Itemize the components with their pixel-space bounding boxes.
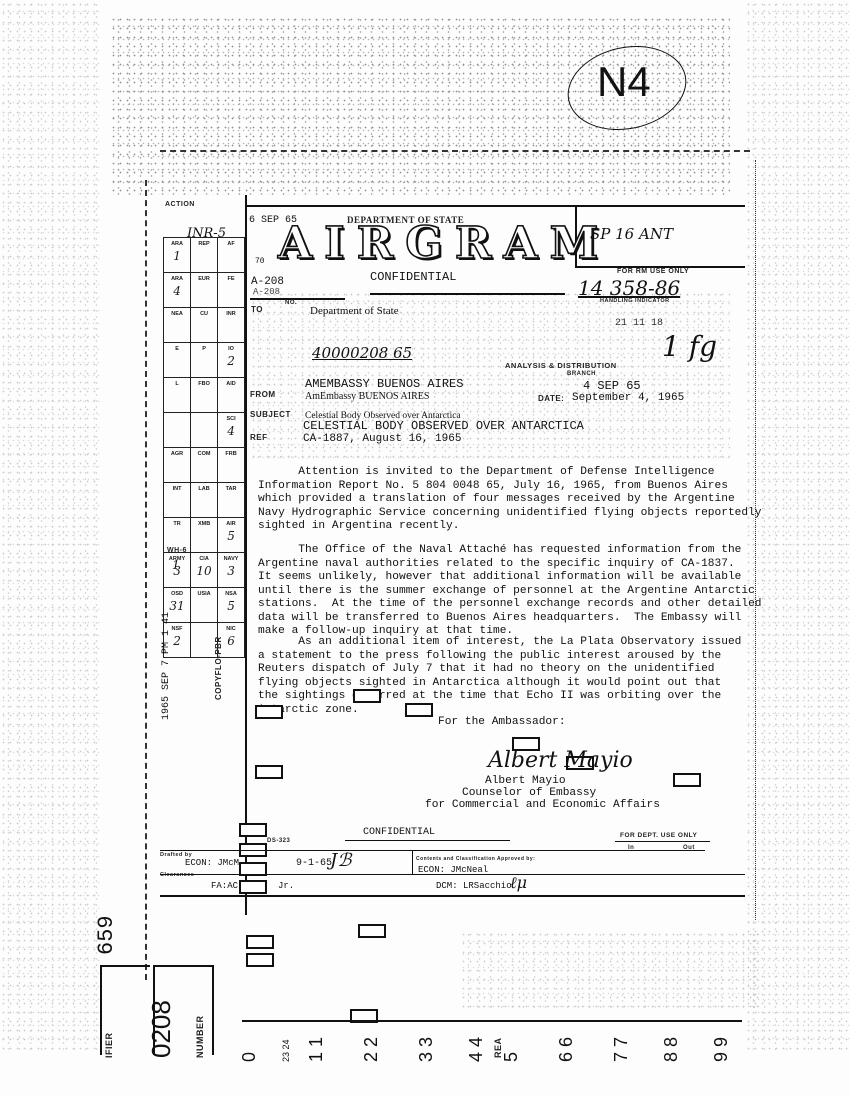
for-dept-use-label: FOR DEPT. USE ONLY	[620, 832, 697, 839]
strip-line	[100, 965, 150, 967]
action-cell-label: FBO	[191, 381, 217, 387]
subject-label: SUBJECT	[250, 410, 291, 419]
ref-value: CA-1887, August 16, 1965	[303, 433, 461, 447]
classification-underline	[370, 293, 565, 295]
left-rule	[145, 180, 147, 980]
action-title: ACTION	[165, 201, 195, 208]
analysis-sub: BRANCH	[567, 371, 596, 377]
action-cell: ARA1	[164, 238, 191, 273]
scale-digit: 6 6	[560, 1037, 574, 1062]
action-grid: ARA1REPAFARA4EURFENEACUINREPIO2LFBOAIDSC…	[163, 237, 245, 658]
scale-digit: 8 8	[665, 1037, 679, 1062]
action-cell: USIA	[191, 588, 218, 623]
to-label: TO	[251, 305, 263, 314]
action-cell-label: ARA	[164, 241, 190, 247]
action-cell-label: AID	[218, 381, 244, 387]
action-cell-label: EUR	[191, 276, 217, 282]
from-label: FROM	[250, 390, 276, 399]
signer-title-2: for Commercial and Economic Affairs	[425, 799, 660, 813]
action-cell-label: IO	[218, 346, 244, 352]
handwritten-initials: 1 fg	[662, 330, 717, 363]
action-footer-value: 1	[172, 558, 180, 572]
redaction-box	[246, 935, 274, 949]
from-value: AmEmbassy BUENOS AIRES	[305, 390, 429, 404]
action-cell: COM	[191, 448, 218, 483]
area-label: REA	[493, 1037, 503, 1058]
action-cell-value: 5	[218, 529, 244, 543]
closing-line: For the Ambassador:	[438, 716, 566, 730]
handwritten-code: SP 16 ANT	[590, 225, 673, 243]
action-cell: XMB	[191, 518, 218, 553]
action-cell: NEA	[164, 308, 191, 343]
drafted-by-value: ECON: JMcM	[185, 857, 239, 871]
drafted-date: 9-1-65	[296, 857, 332, 871]
clearance-suffix: Jr.	[278, 880, 294, 894]
redaction-box	[246, 953, 274, 967]
action-cell-label: TAR	[218, 486, 244, 492]
redaction-box	[673, 773, 701, 787]
action-cell-label: AIR	[218, 521, 244, 527]
scale-digit: 7 7	[615, 1037, 629, 1062]
action-cell-label: AF	[218, 241, 244, 247]
action-cell-value: 31	[164, 599, 190, 613]
number-underline	[250, 298, 345, 300]
to-stamp: 21 11 18	[615, 317, 663, 331]
action-cell-value: 3	[218, 564, 244, 578]
action-cell: AF	[218, 238, 245, 273]
dept-use-underline	[615, 841, 710, 842]
action-cell: L	[164, 378, 191, 413]
action-cell-label: INR	[218, 311, 244, 317]
action-cell: CIA10	[191, 553, 218, 588]
body-paragraph-2: The Office of the Naval Attaché has requ…	[258, 544, 708, 639]
action-cell-value: 2	[218, 354, 244, 368]
scale-digit: 23 24	[280, 1039, 294, 1062]
clearance-value: FA:AC	[211, 880, 238, 894]
dcm-initials: ℓμ	[510, 873, 527, 893]
file-number: 40000208 65	[312, 344, 412, 362]
redaction-box	[358, 924, 386, 938]
footer-divider	[412, 850, 413, 874]
scan-noise-bottom	[460, 930, 760, 1010]
side-digits: 659	[100, 915, 114, 955]
action-cell-value: 4	[164, 284, 190, 298]
drafter-signature: Jℬ	[330, 850, 351, 871]
scale-digit: 1 1	[310, 1037, 324, 1062]
scan-noise-right	[745, 0, 850, 1050]
redaction-box	[239, 880, 267, 894]
action-footer: WH-6	[167, 547, 187, 554]
handling-label: HANDLING INDICATOR	[600, 298, 670, 304]
circled-mark: N4	[597, 58, 651, 106]
redaction-box	[353, 689, 381, 703]
redaction-box	[255, 705, 283, 719]
for-use-only-label: FOR RM USE ONLY	[617, 268, 689, 275]
action-cell: AID	[218, 378, 245, 413]
action-cell: INT	[164, 483, 191, 518]
scale-digit: 3 3	[420, 1037, 434, 1062]
scale-digit: 2 2	[365, 1037, 379, 1062]
subject-caps: CELESTIAL BODY OBSERVED OVER ANTARCTICA	[303, 420, 584, 434]
form-number: DS-323	[267, 838, 290, 844]
action-cell	[191, 413, 218, 448]
action-cell: IO2	[218, 343, 245, 378]
action-cell: EUR	[191, 273, 218, 308]
scale-digit: 5	[505, 1052, 519, 1062]
action-cell: SCI4	[218, 413, 245, 448]
action-cell-label: FE	[218, 276, 244, 282]
action-cell-label: TR	[164, 521, 190, 527]
scale-digit: 9 9	[715, 1037, 729, 1062]
action-cell: FE	[218, 273, 245, 308]
scan-noise-left	[0, 0, 100, 1050]
action-cell-label: NAVY	[218, 556, 244, 562]
action-cell-label: E	[164, 346, 190, 352]
form-left-line	[245, 195, 247, 915]
classification-top: CONFIDENTIAL	[370, 271, 456, 285]
footer-line-3	[160, 895, 745, 897]
action-cell-value: 1	[164, 249, 190, 263]
action-cell: ARA4	[164, 273, 191, 308]
redaction-box	[405, 703, 433, 717]
ref-label: REF	[250, 433, 268, 442]
strip-line	[100, 965, 102, 1055]
copyflo-stamp: COPYFLO-PBR	[214, 636, 223, 700]
action-cell: REP	[191, 238, 218, 273]
action-cell: LAB	[191, 483, 218, 518]
action-cell-label: NEA	[164, 311, 190, 317]
action-cell-label: AGR	[164, 451, 190, 457]
scale-digit: 4 4	[470, 1037, 484, 1062]
no-label: NO.	[285, 300, 297, 306]
action-cell-label: ARA	[164, 276, 190, 282]
action-cell	[164, 413, 191, 448]
action-cell: AIR5	[218, 518, 245, 553]
strip-line	[212, 965, 214, 1055]
footer-line-2	[160, 874, 745, 875]
action-cell: NAVY3	[218, 553, 245, 588]
action-cell-value: 4	[218, 424, 244, 438]
approved-value: ECON: JMcNeal	[418, 864, 488, 878]
approved-label: Contents and Classification Approved by:	[416, 856, 535, 862]
action-cell: FRB	[218, 448, 245, 483]
to-value: Department of State	[310, 305, 399, 319]
action-cell-label: NSA	[218, 591, 244, 597]
action-cell-label: L	[164, 381, 190, 387]
action-cell-label: INT	[164, 486, 190, 492]
action-cell-label: SCI	[218, 416, 244, 422]
handling-number: 14 358-86	[578, 276, 680, 300]
action-cell-label: REP	[191, 241, 217, 247]
action-cell-label: COM	[191, 451, 217, 457]
action-cell: E	[164, 343, 191, 378]
bottom-number: 0208	[155, 1000, 169, 1058]
stamp-small: 70	[255, 255, 265, 269]
redaction-box	[239, 823, 267, 837]
action-cell: P	[191, 343, 218, 378]
scale-digit: 0	[243, 1052, 257, 1062]
form-top-line	[245, 205, 745, 207]
body-paragraph-1: Attention is invited to the Department o…	[258, 466, 708, 534]
date-label: DATE:	[538, 394, 564, 403]
action-cell: INR	[218, 308, 245, 343]
airgram-title: AIRGRAM	[278, 218, 610, 269]
right-rule	[755, 160, 756, 920]
action-cell: TAR	[218, 483, 245, 518]
action-cell: AGR	[164, 448, 191, 483]
number-label: NUMBER	[195, 1016, 205, 1059]
action-cell: NSA5	[218, 588, 245, 623]
action-cell-label: XMB	[191, 521, 217, 527]
analysis-label: ANALYSIS & DISTRIBUTION	[505, 361, 617, 370]
time-stamp: 1965 SEP 7 PM 1 41	[160, 612, 174, 720]
action-cell-label: FRB	[218, 451, 244, 457]
action-cell-value: 5	[218, 599, 244, 613]
action-cell-label: LAB	[191, 486, 217, 492]
action-cell-label: CU	[191, 311, 217, 317]
date-value: September 4, 1965	[572, 392, 684, 406]
top-rule	[160, 150, 750, 152]
action-cell-label: OSD	[164, 591, 190, 597]
signature-handwritten: Albert Mayio	[488, 748, 633, 773]
action-cell: FBO	[191, 378, 218, 413]
dcm-value: DCM: LRSacchio	[436, 880, 512, 894]
classification-bottom-underline	[345, 840, 510, 841]
action-cell-value: 10	[191, 564, 217, 578]
action-cell-label: CIA	[191, 556, 217, 562]
action-cell: CU	[191, 308, 218, 343]
action-cell-label: P	[191, 346, 217, 352]
strip-line	[153, 965, 213, 967]
classification-bottom: CONFIDENTIAL	[363, 826, 435, 840]
footer-line-1	[160, 850, 705, 851]
scale-line	[242, 1020, 742, 1022]
body-paragraph-3: As an additional item of interest, the L…	[258, 636, 708, 717]
action-cell-label: NIC	[218, 626, 244, 632]
action-cell-label: USIA	[191, 591, 217, 597]
identifier-label: IFIER	[104, 1032, 114, 1058]
redaction-box	[255, 765, 283, 779]
